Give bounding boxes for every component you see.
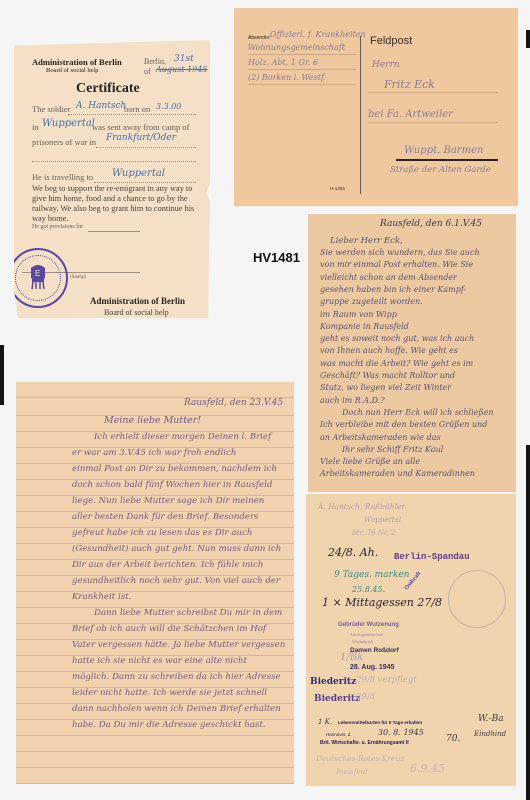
ration-blue-note-1: 9 Tages. marken <box>334 570 409 580</box>
ration-initials: 70. <box>446 734 460 744</box>
feldpost-recipient-line-2: Fritz Eck <box>384 78 435 91</box>
handwritten-line: auch im R.A.D.? <box>320 396 385 405</box>
handwritten-line: gruppe zugeteilt worden. <box>320 297 423 306</box>
right-edge-strip <box>526 30 530 48</box>
feldpost-recipient-line-3: bei Fa. Artweiler <box>368 109 453 120</box>
cert-pow-text: prisoners of war in <box>32 137 96 147</box>
handwritten-line: Doch nun Herr Eck will ich schließen <box>342 408 494 417</box>
handwritten-line: an Arbeitskameraden wie das <box>320 433 441 442</box>
handwritten-line: von Ihnen auch hoffe. Wie geht es <box>320 346 458 355</box>
handwritten-line: Dann liebe Mutter schreibst Du mir in de… <box>94 608 282 618</box>
handwritten-line: er war am 3.V.45 ich war froh endlich <box>72 448 236 458</box>
ration-stamp-line-1: Lebensmittelkarten für 5 Tage erhalten <box>338 720 422 725</box>
ration-pencil-line-2: Wuppertal <box>364 516 401 524</box>
handwritten-line: möglich. Dann zu schreiben da ich hier A… <box>72 672 281 682</box>
handwritten-line: Viele liebe Grüße an alle <box>320 457 420 466</box>
ration-blue-note-2: 25.8.45. <box>352 585 385 594</box>
handwritten-line: Brief ob ich auch will die Schätzchen im… <box>72 624 266 634</box>
feldpost-sender-line-2: Wohnungsgemeinschaft <box>248 43 345 52</box>
cert-date-month-year: August 1945 <box>156 65 207 74</box>
handwritten-line: was macht die Arbeit? Wie geht es im <box>320 359 473 368</box>
handwritten-line: gesehen haben bin ich einer Kampf- <box>320 285 466 294</box>
cert-body-text: We beg to support the re-emigrant in any… <box>32 184 196 224</box>
cert-born-label: born on <box>124 104 150 114</box>
handwritten-line: aller besten Dank für den Brief. Besonde… <box>72 512 258 522</box>
feldpost-sender-line-4: (2) Borken i. Westf. <box>248 73 326 82</box>
feldpost-recipient-line-5: Straße der Alten Garde <box>390 165 491 175</box>
handwritten-line: leider nicht hatte. Ich werde sie jetzt … <box>72 688 267 698</box>
handwritten-line: Ihr sehr Schiff Fritz Kaul <box>342 445 443 454</box>
handwritten-line: geht es soweit noch gut, was ich auch <box>320 334 474 343</box>
ration-side-note-1: W.-Ba <box>478 714 504 724</box>
letter-right-header: Rausfeld, den 6.1.V.45 <box>380 219 482 229</box>
letter-right-greeting: Lieber Herr Eck, <box>330 236 403 246</box>
ration-handwritten-date: 24/8. Ah. <box>328 546 378 559</box>
letter-lined-greeting: Meine liebe Mutter! <box>104 415 201 426</box>
cert-sent-away-text: was sent away from camp of <box>92 122 189 132</box>
ration-red-cross-line-2: Bielefeld <box>336 768 367 776</box>
svg-text:E: E <box>35 269 40 278</box>
feldpost-recipient-line-1: Herrn <box>372 60 400 70</box>
cert-travelling-to: Wuppertal <box>112 168 165 179</box>
cert-travelling-label: He is travelling to <box>32 172 93 182</box>
feldpost-divider <box>360 36 361 194</box>
ration-prefix: 1 K. <box>318 718 332 726</box>
cert-issuer-line2: Board of social help <box>46 67 99 74</box>
feldpost-sender-line-3: Holz. Abt. 1 Gr. 6 <box>248 58 318 67</box>
ration-place: Hannover, d. <box>326 732 352 737</box>
cert-round-seal: E <box>8 248 68 308</box>
feldpost-heading: Feldpost <box>370 35 412 47</box>
lined-letter-to-mother: Rausfeld, den 23.V.45 Meine liebe Mutter… <box>16 382 294 784</box>
handwritten-line: doch schon bald fünf Wochen hier in Raus… <box>72 480 272 490</box>
cert-provisions-label: He got provisions for <box>32 224 83 230</box>
certificate-document: Administration of Berlin Board of social… <box>14 40 210 318</box>
ration-red-cross-date: 6.9.45 <box>410 762 445 775</box>
handwritten-line: habe. Da Du mir die Adresse geschickt ha… <box>72 720 266 730</box>
handwritten-line: (Gesundheit) auch gut geht. Nun muss dan… <box>72 544 281 554</box>
left-edge-strip <box>0 345 4 405</box>
cert-camp-location: Frankfurt/Oder <box>106 133 176 143</box>
ration-side-note-2: Eindhind <box>474 730 506 738</box>
cert-title: Certificate <box>76 81 140 97</box>
handwritten-line: Stutz, wo liegen viel Zeit Winter <box>320 383 451 392</box>
cert-date-of-label: of <box>144 67 151 76</box>
feldpost-card: Absender: Offizierl. f. Krankheiten Wohn… <box>234 8 518 206</box>
ration-red-cross-line-1: Deutsches Rotes Kreuz <box>316 754 404 763</box>
ration-biederitz-stamp-1: Biederitz <box>310 677 356 687</box>
ration-pencil-line-3: Str. 76 Nr. 2 <box>352 529 395 537</box>
travel-ration-card: A. Hantsch, Rußbühler Wuppertal Str. 76 … <box>306 494 516 786</box>
right-edge-strip-lower <box>526 445 530 800</box>
handwritten-line: gefreut habe ich zu lesen das es Dir auc… <box>72 528 252 538</box>
handwritten-line: Dir aus der Arbeit berichten. Ich fühle … <box>72 560 263 570</box>
feldpost-form-number: H-1333 <box>330 186 345 191</box>
bear-emblem-icon: E <box>27 264 49 290</box>
cert-stamp-caption: (Stamp) <box>70 275 86 280</box>
feldpost-recipient-line-4: Wuppt. Barmen <box>404 145 483 156</box>
cert-home-town: Wuppertal <box>42 118 95 129</box>
cert-in-label: in <box>32 122 39 132</box>
ration-stamp-berlin-spandau: Berlin-Spandau <box>394 552 470 562</box>
feldpost-sender-label: Absender: <box>248 35 271 41</box>
handwritten-line: gesundheitlich noch sehr gut. Von viel a… <box>72 576 280 586</box>
handwritten-line: dann nachholen wenn ich Deinen Brief erh… <box>72 704 281 714</box>
ration-pencil-scribble: 1/Bk <box>340 652 363 663</box>
handwritten-letter-right: Rausfeld, den 6.1.V.45 Lieber Herr Eck, … <box>308 214 516 492</box>
handwritten-line: im Raum von Wipp <box>320 310 397 319</box>
handwritten-line: einmal Post an Dir zu bekommen, nachdem … <box>72 464 277 474</box>
ration-date-stamp: 28. Aug. 1945 <box>350 664 395 671</box>
handwritten-line: von mir einmal Post erhalten. Wie Sie <box>320 260 473 269</box>
handwritten-line: liege. Nun liebe Mutter sage ich Dir mei… <box>72 496 264 506</box>
handwritten-line: Kompanie in Rausfeld <box>320 322 409 331</box>
ration-date: 30. 8. 1945 <box>378 728 424 737</box>
ration-company-stamp-3: Wiedenbrück <box>352 639 373 644</box>
handwritten-line: Geschäft? Was macht Rolltor und <box>320 371 455 380</box>
catalog-label: HV1481 <box>253 250 300 265</box>
handwritten-line: Arbeitskameraden und Kameradinnen <box>320 469 475 478</box>
feldpost-sender-line-1: Offizierl. f. Krankheiten <box>270 30 366 39</box>
cert-footer-line2: Board of social help <box>104 308 169 317</box>
handwritten-line: Ich verbleibe mit den besten Grüßen und <box>320 420 487 429</box>
handwritten-line: Vater vergessen hätte. Ja liebe Mutter v… <box>72 640 285 650</box>
cert-soldier-label: The soldier <box>32 104 70 114</box>
ration-faint-round-stamp <box>448 570 506 628</box>
ration-meal-note: 1 × Mittagessen 27/8 <box>322 596 442 609</box>
cert-soldier-name: A. Hantsch <box>76 101 126 111</box>
handwritten-line: Sie werden sich wundern, das Sie auch <box>320 248 480 257</box>
cert-footer-line1: Administration of Berlin <box>90 296 185 306</box>
ration-biederitz-note-1: 29/8 verpflegt <box>356 675 417 685</box>
handwritten-line: vielleicht schon an dem Absender <box>320 273 457 282</box>
cert-issuer-line1: Administration of Berlin <box>32 57 122 67</box>
ration-biederitz-stamp-2: Biederitz <box>314 694 360 704</box>
handwritten-line: hatte ich sie nicht es war eine alte nic… <box>72 656 247 666</box>
ration-stamp-line-2: Brit. Wirtschafts- u. Ernährungsamt II <box>320 740 409 746</box>
cert-date-day: 31st <box>174 54 194 64</box>
cert-born-date: 3.3.00 <box>156 102 181 111</box>
ration-biederitz-note-2: 29/8 <box>356 692 375 702</box>
handwritten-line: Ich erhielt dieser morgen Deinen l. Brie… <box>94 432 271 442</box>
handwritten-line: Krankheit ist. <box>72 592 131 602</box>
ration-company-stamp-2: Arbeitsgemeinschaft <box>350 632 383 637</box>
letter-lined-header: Rausfeld, den 23.V.45 <box>184 398 283 408</box>
ration-pencil-line-1: A. Hantsch, Rußbühler <box>318 502 405 511</box>
ration-company-stamp-1: Gebrüder Wutzenung <box>338 622 399 628</box>
